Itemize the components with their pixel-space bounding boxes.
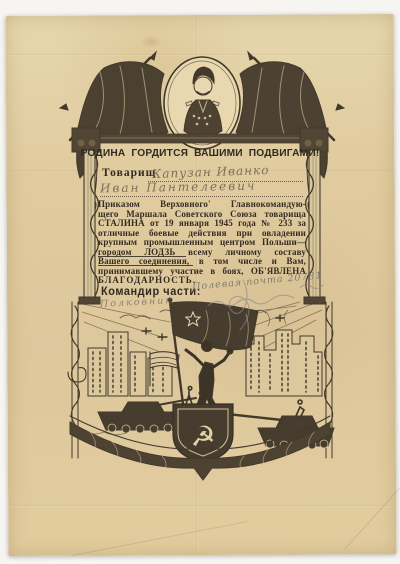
certificate-title: РОДИНА ГОРДИТСЯ ВАШИМИ ПОДВИГАМИ! <box>6 147 394 159</box>
underline-unit <box>98 265 193 266</box>
name-line-rule <box>148 181 303 182</box>
hammer-sickle-shield-icon: ☭ <box>173 404 233 463</box>
victory-banner-icon <box>168 298 258 412</box>
underline-lodz <box>98 256 186 257</box>
salutation-label: Товарищ <box>102 167 156 179</box>
scanned-certificate-image: ☭ РОДИНА ГОРДИТСЯ ВАШИМИ ПОДВИГАМИ! Това… <box>0 0 400 564</box>
citation-body: Приказом Верховного' Главнокомандую- щег… <box>98 200 306 286</box>
name-line-rule <box>100 196 303 197</box>
banner-drape-left-icon <box>60 52 168 178</box>
svg-text:☭: ☭ <box>190 420 215 453</box>
banner-drape-right-icon <box>236 52 344 178</box>
